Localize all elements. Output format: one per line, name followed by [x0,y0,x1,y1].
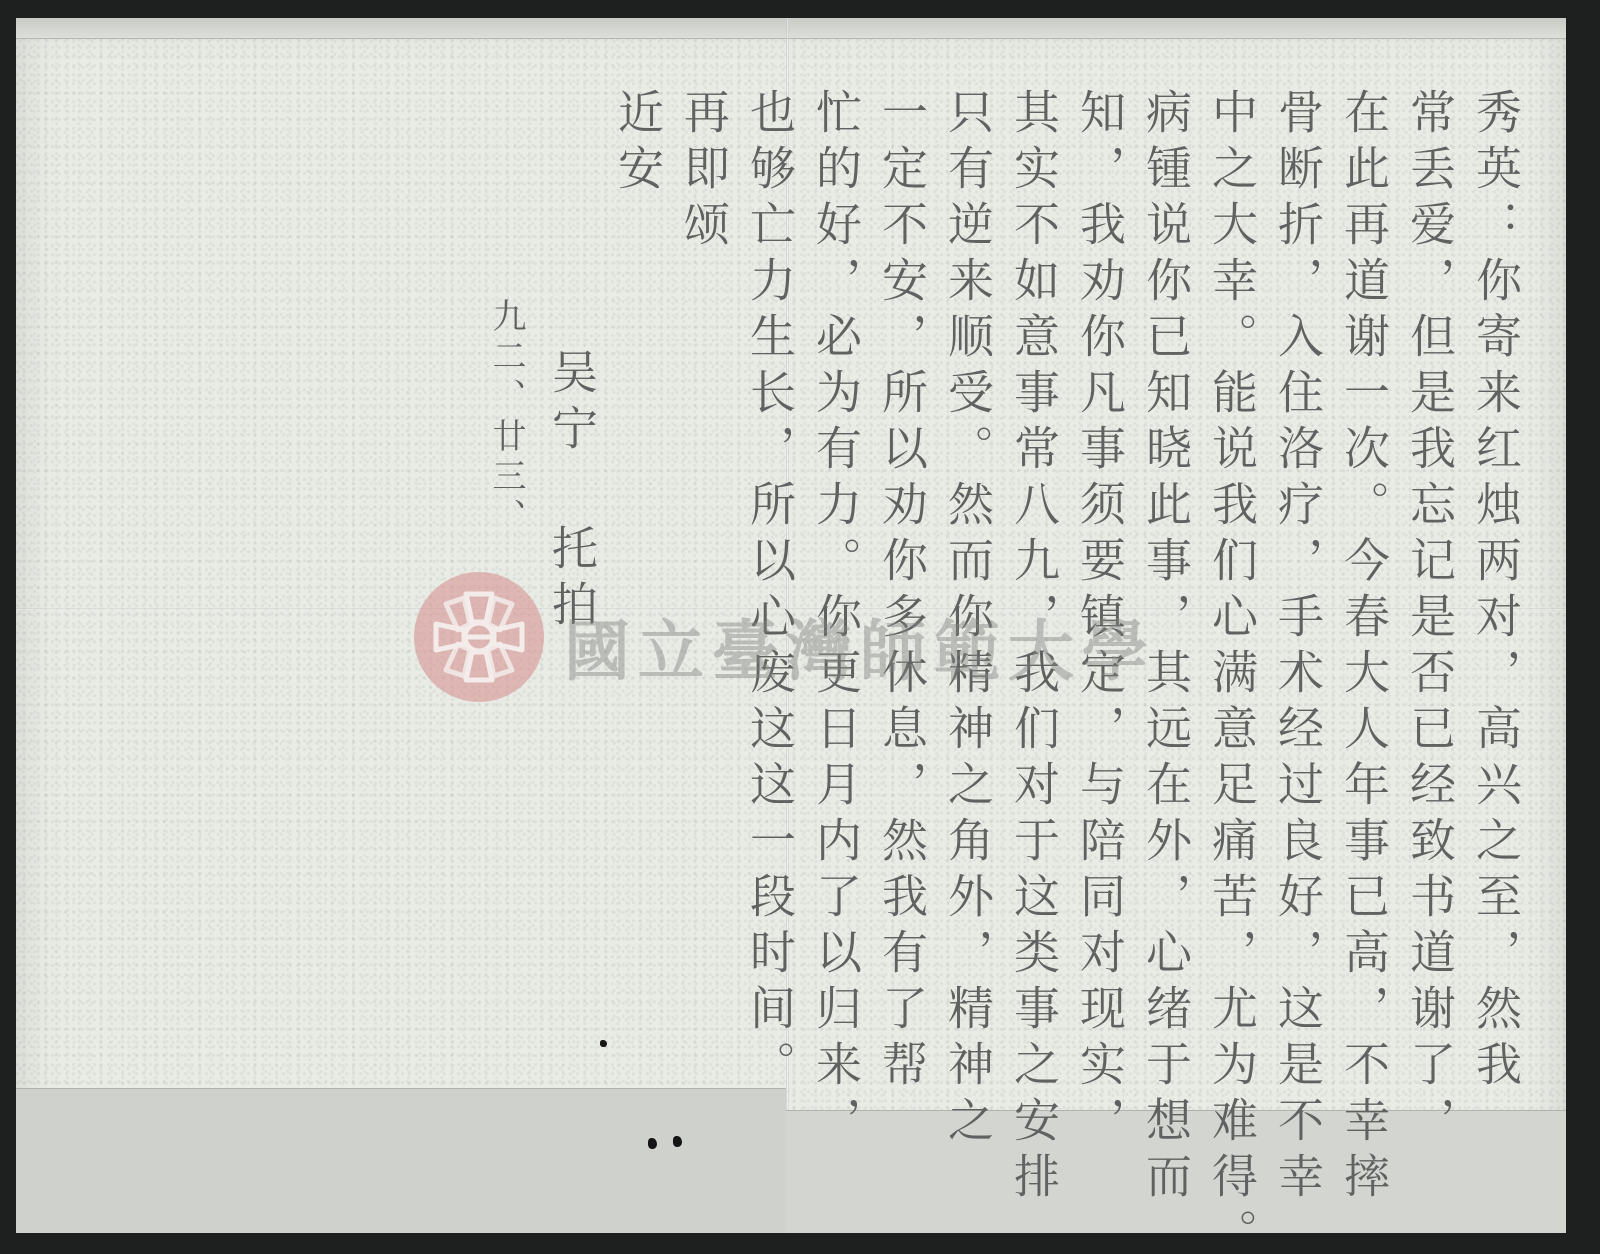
signature: 吴宁 托拍 [542,348,602,1088]
letter-body: 秀英：你寄来红烛两对，高兴之至，然我 常丢爱，但是我忘记是否已经致书道谢了， 在… [470,88,1526,1088]
seal-wheel-icon [414,572,544,702]
ink-spot [673,1136,682,1147]
ink-spot [648,1138,657,1149]
letter-column: 一定不安，所以劝你多休息，然我有了帮 [872,88,932,1088]
letter-column: 也够亡力生长，所以心废这这一段时间。 [740,88,800,1088]
seal-emblem-icon [414,572,544,702]
letter-column: 秀英：你寄来红烛两对，高兴之至，然我 [1466,88,1526,1088]
letter-column: 知，我劝你凡事须要镇定，与陪同对现实， [1070,88,1130,1088]
letter-column: 只有逆来顺受。然而你精神之角外，精神之 [938,88,998,1088]
letter-column: 骨断折，入住洛疗，手术经过良好，这是不幸 [1268,88,1328,1088]
letter-column: 其实不如意事常八九，我们对于这类事之安排 [1004,88,1064,1088]
letter-column: 忙的好，必为有力。你更日月内了以归来， [806,88,866,1088]
closing-line: 再即颂 [674,88,734,1088]
letter-column: 病锺说你已知晓此事，其远在外，心绪于想而 [1136,88,1196,1088]
closing-line: 近安 [608,88,668,1088]
paper-bottom-strip-left [16,1088,786,1233]
letter-column: 在此再道谢一次。今春大人年事已高，不幸摔 [1334,88,1394,1088]
letter-column: 常丢爱，但是我忘记是否已经致书道谢了， [1400,88,1460,1088]
institution-watermark: 國立臺灣師範大學 [564,598,1156,693]
letter-paper: 秀英：你寄来红烛两对，高兴之至，然我 常丢爱，但是我忘记是否已经致书道谢了， 在… [16,18,1566,1232]
letter-column: 中之大幸。能说我们心满意足痛苦，尤为难得。 [1202,88,1262,1088]
paper-top-edge [16,18,1566,39]
